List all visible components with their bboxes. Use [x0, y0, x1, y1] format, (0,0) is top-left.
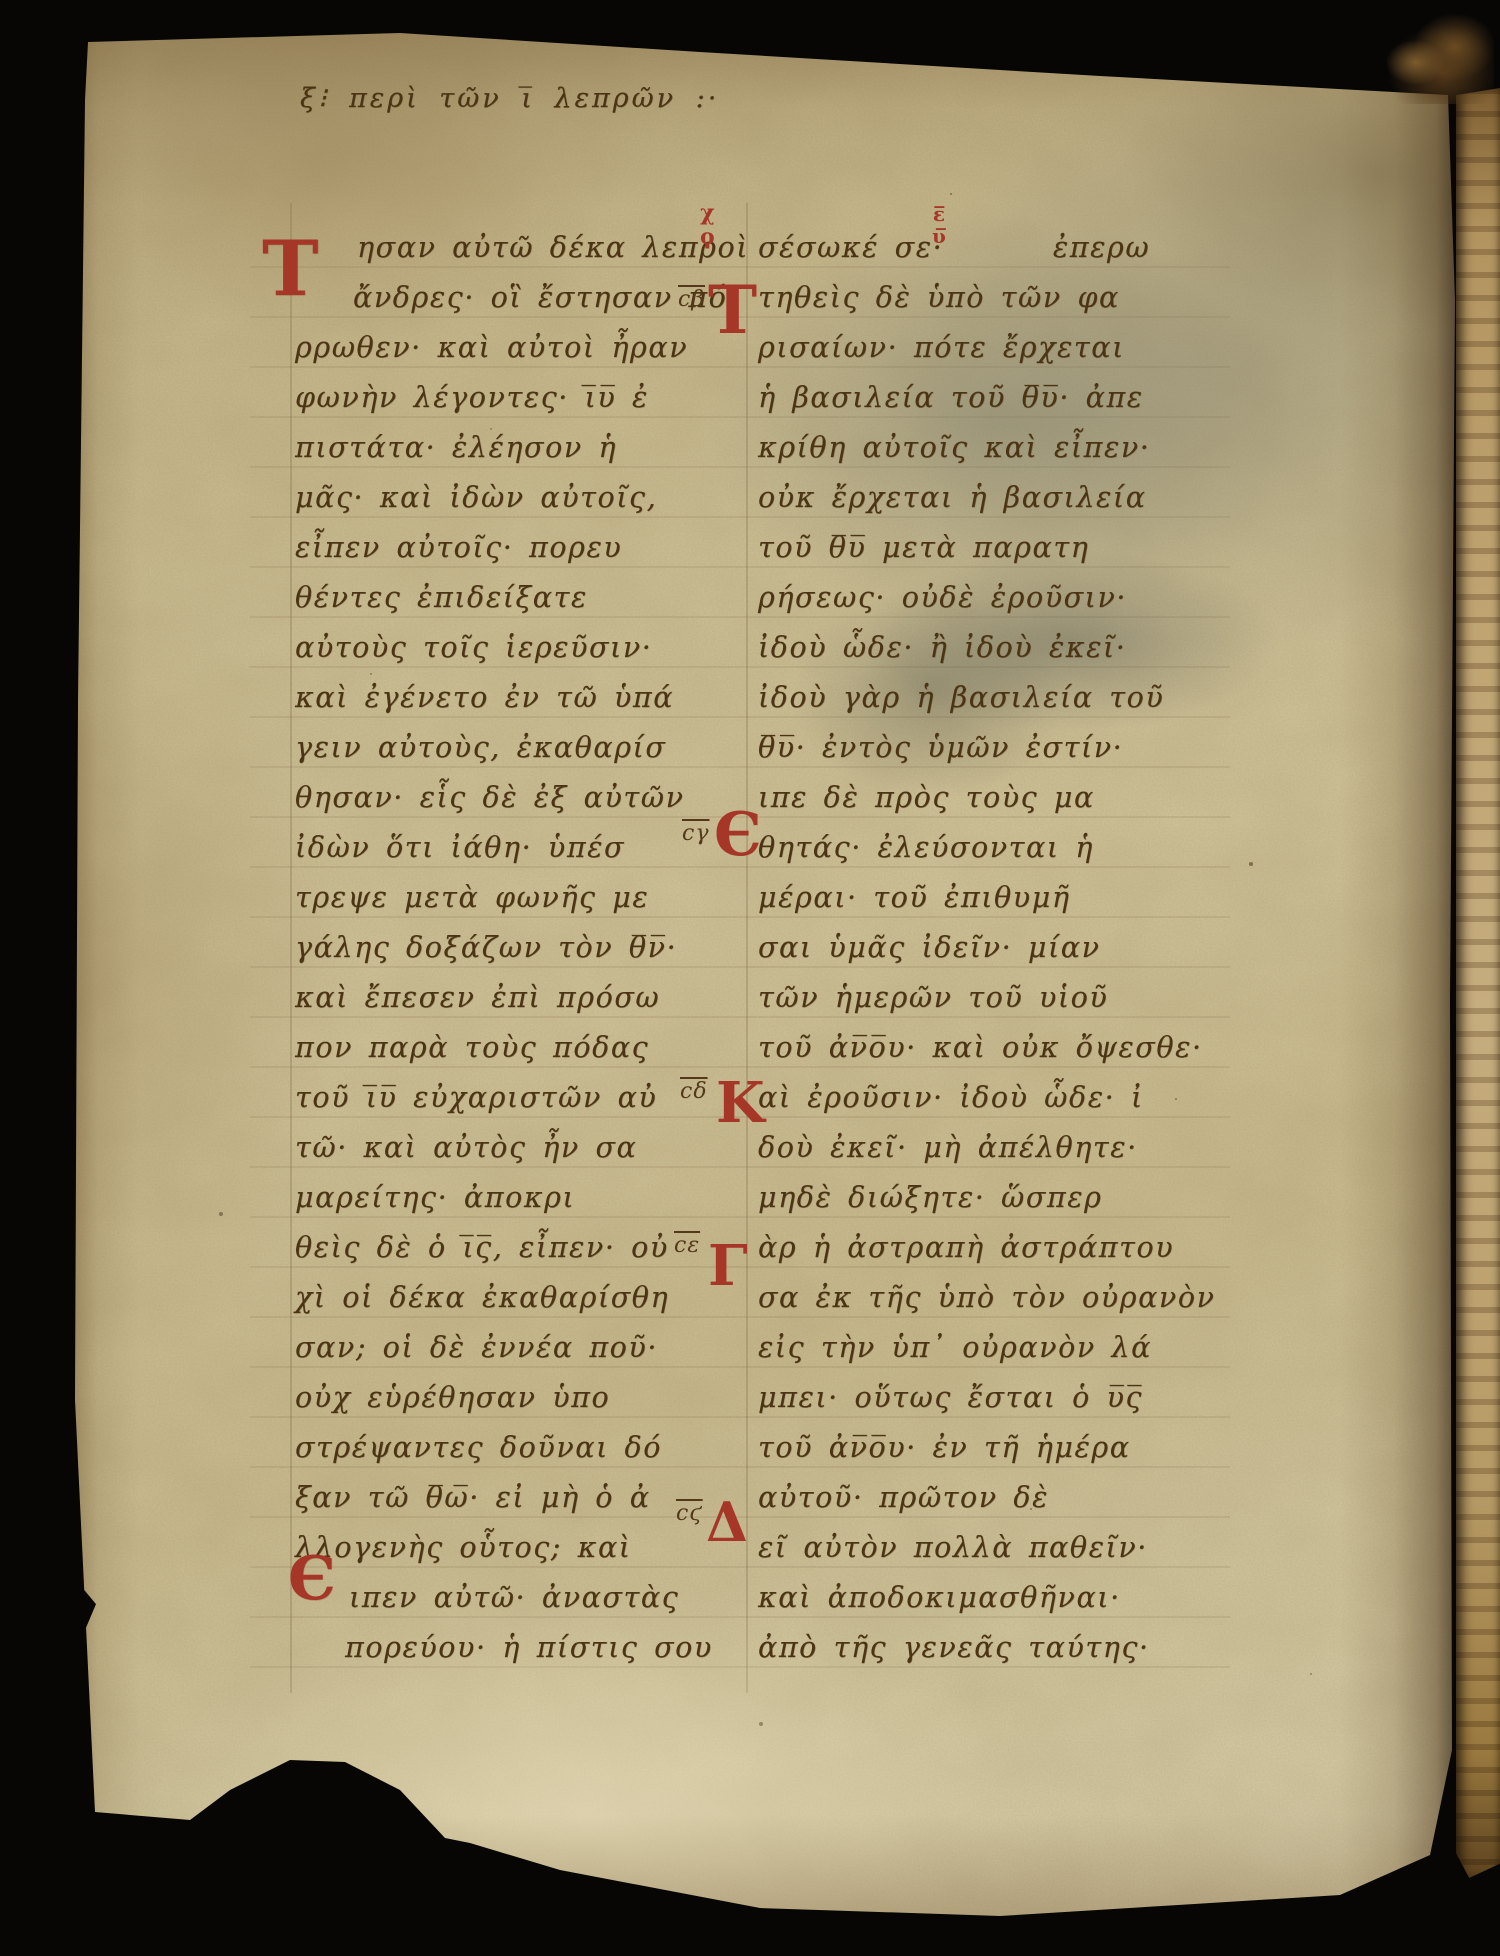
text-line: χὶ οἱ δέκα ἐκαθαρίσθη — [295, 1273, 750, 1323]
text-line: εἰς τὴν ὑπ᾽ οὐρανὸν λά — [758, 1323, 1218, 1373]
text-line: ιπεν αὐτῶ· ἀναστὰς — [295, 1573, 750, 1623]
text-line: γειν αὐτοὺς, ἐκαθαρίσ — [295, 723, 750, 773]
text-line: σαι ὑμᾶς ἰδεῖν· μίαν — [758, 923, 1218, 973]
text-line: πορεύου· ἡ πίστις σου — [295, 1623, 750, 1673]
text-line: σέσωκέ σε· ἐπερω — [758, 223, 1218, 273]
chapter-mark-lower: ϙ — [700, 225, 715, 249]
text-line: τοῦ θ̅υ̅ μετὰ παρατη — [758, 523, 1218, 573]
text-line: θ̅υ̅· ἐντὸς ὑμῶν ἐστίν· — [758, 723, 1218, 773]
text-line: φωνὴν λέγοντες· ι̅υ̅ ἐ — [295, 373, 750, 423]
rubric-initial-tau-gutter: Τ — [708, 277, 757, 343]
fore-edge-leaves — [1456, 88, 1500, 1878]
text-line: αὐτοὺς τοῖς ἱερεῦσιν· — [295, 623, 750, 673]
text-line: ἰδοὺ γὰρ ἡ βασιλεία τοῦ — [758, 673, 1218, 723]
text-line: αὐτοῦ· πρῶτον δὲ — [758, 1473, 1218, 1523]
rubric-initial-epsilon-bottom: Є — [288, 1549, 336, 1609]
text-line: τῶ· καὶ αὐτὸς ἦν σα — [295, 1123, 750, 1173]
text-line: τῶν ἡμερῶν τοῦ υἱοῦ — [758, 973, 1218, 1023]
text-line: ρήσεως· οὐδὲ ἐροῦσιν· — [758, 573, 1218, 623]
text-line: πον παρὰ τοὺς πόδας — [295, 1023, 750, 1073]
text-line: ιπε δὲ πρὸς τοὺς μα — [758, 773, 1218, 823]
text-line: αὶ ἐροῦσιν· ἰδοὺ ὧδε· ἰ — [758, 1073, 1218, 1123]
text-line: ρρωθεν· καὶ αὐτοὶ ἦραν — [295, 323, 750, 373]
text-line: σα ἐκ τῆς ὑπὸ τὸν οὐρανὸν — [758, 1273, 1218, 1323]
running-header-kephalaion: ξ⁝ περὶ τῶν ι̅ λεπρῶν :· — [300, 83, 719, 114]
text-line: σαν; οἱ δὲ ἐννέα ποῦ· — [295, 1323, 750, 1373]
text-line: μέραι· τοῦ ἐπιθυμῆ — [758, 873, 1218, 923]
ammonian-section-number: ϲδ — [680, 1079, 708, 1104]
rubric-initial-epsilon-gutter: Є — [714, 805, 762, 865]
text-line: οὐχ εὑρέθησαν ὑπο — [295, 1373, 750, 1423]
text-line: ἡ βασιλεία τοῦ θ̅υ̅· ἀπε — [758, 373, 1218, 423]
manuscript-photo: { "page": { "header": "ξ⁝ περὶ τῶν ι̅ λε… — [0, 0, 1500, 1956]
parchment-page: ξ⁝ περὶ τῶν ι̅ λεπρῶν :· ησαν αὐτῶ δέκα … — [70, 33, 1460, 1928]
canon-mark-upper: ε̅ — [932, 203, 946, 225]
text-column-left: ησαν αὐτῶ δέκα λεπροὶἄνδρες· οἳ ἔστησαν … — [295, 223, 750, 1673]
text-line: εῖ αὐτὸν πολλὰ παθεῖν· — [758, 1523, 1218, 1573]
text-line: λλογενὴς οὗτος; καὶ — [295, 1523, 750, 1573]
chapter-number-mark: χ ϙ — [700, 201, 715, 249]
eusebian-canon-mark: ε̅ υ̅ — [932, 203, 946, 247]
text-column-right: σέσωκέ σε· ἐπερωτηθεὶς δὲ ὑπὸ τῶν φαρισα… — [758, 223, 1218, 1673]
text-line: μᾶς· καὶ ἰδὼν αὐτοῖς, — [295, 473, 750, 523]
rubric-initial-kappa-gutter: Κ — [716, 1075, 765, 1131]
text-line: τρεψε μετὰ φωνῆς με — [295, 873, 750, 923]
text-line: τοῦ ἀν̅ο̅υ· καὶ οὐκ ὄψεσθε· — [758, 1023, 1218, 1073]
text-line: καὶ ἐγένετο ἐν τῶ ὑπά — [295, 673, 750, 723]
text-line: ἀπὸ τῆς γενεᾶς ταύτης· — [758, 1623, 1218, 1673]
ammonian-section-number: ϲϛ — [676, 1501, 703, 1526]
text-line: θέντες ἐπιδείξατε — [295, 573, 750, 623]
gutter-shadow — [1340, 33, 1460, 1928]
canon-mark-lower: υ̅ — [932, 225, 946, 247]
binding-spine-fragment — [1382, 0, 1494, 104]
ammonian-section-number: ϲγ — [682, 821, 709, 846]
text-line: κρίθη αὐτοῖς καὶ εἶπεν· — [758, 423, 1218, 473]
rubric-initial-tau: Τ — [262, 231, 319, 307]
edge-tear — [70, 1573, 96, 1647]
ink-specks — [70, 33, 72, 35]
text-line: δοὺ ἐκεῖ· μὴ ἀπέλθητε· — [758, 1123, 1218, 1173]
vertical-ruling-left-column — [290, 203, 292, 1693]
text-line: ρισαίων· πότε ἔρχεται — [758, 323, 1218, 373]
text-line: καὶ ἔπεσεν ἐπὶ πρόσω — [295, 973, 750, 1023]
ammonian-section-number: ϲε — [674, 1233, 700, 1258]
text-line: εἶπεν αὐτοῖς· πορευ — [295, 523, 750, 573]
chapter-mark-upper: χ — [700, 201, 715, 225]
text-line: θητάς· ἐλεύσονται ἡ — [758, 823, 1218, 873]
ammonian-section-number: ϲβ — [678, 287, 705, 312]
text-line: μηδὲ διώξητε· ὥσπερ — [758, 1173, 1218, 1223]
text-line: πιστάτα· ἐλέησον ἡ — [295, 423, 750, 473]
text-line: ὰρ ἡ ἀστραπὴ ἀστράπτου — [758, 1223, 1218, 1273]
text-line: γάλης δοξάζων τὸν θ̅ν̅· — [295, 923, 750, 973]
text-line: ἰδοὺ ὧδε· ἢ ἰδοὺ ἐκεῖ· — [758, 623, 1218, 673]
text-line: μαρείτης· ἀποκρι — [295, 1173, 750, 1223]
text-line: μπει· οὕτως ἔσται ὁ υ̅ς̅ — [758, 1373, 1218, 1423]
text-line: στρέψαντες δοῦναι δό — [295, 1423, 750, 1473]
rubric-initial-gamma-gutter: Γ — [708, 1238, 748, 1294]
text-line: καὶ ἀποδοκιμασθῆναι· — [758, 1573, 1218, 1623]
text-line: τοῦ ἀν̅ο̅υ· ἐν τῆ ἡμέρα — [758, 1423, 1218, 1473]
text-line: τηθεὶς δὲ ὑπὸ τῶν φα — [758, 273, 1218, 323]
text-line: θησαν· εἷς δὲ ἐξ αὐτῶν — [295, 773, 750, 823]
text-line: οὐκ ἔρχεται ἡ βασιλεία — [758, 473, 1218, 523]
rubric-initial-delta-gutter: Δ — [706, 1495, 748, 1549]
text-line: ησαν αὐτῶ δέκα λεπροὶ — [295, 223, 750, 273]
